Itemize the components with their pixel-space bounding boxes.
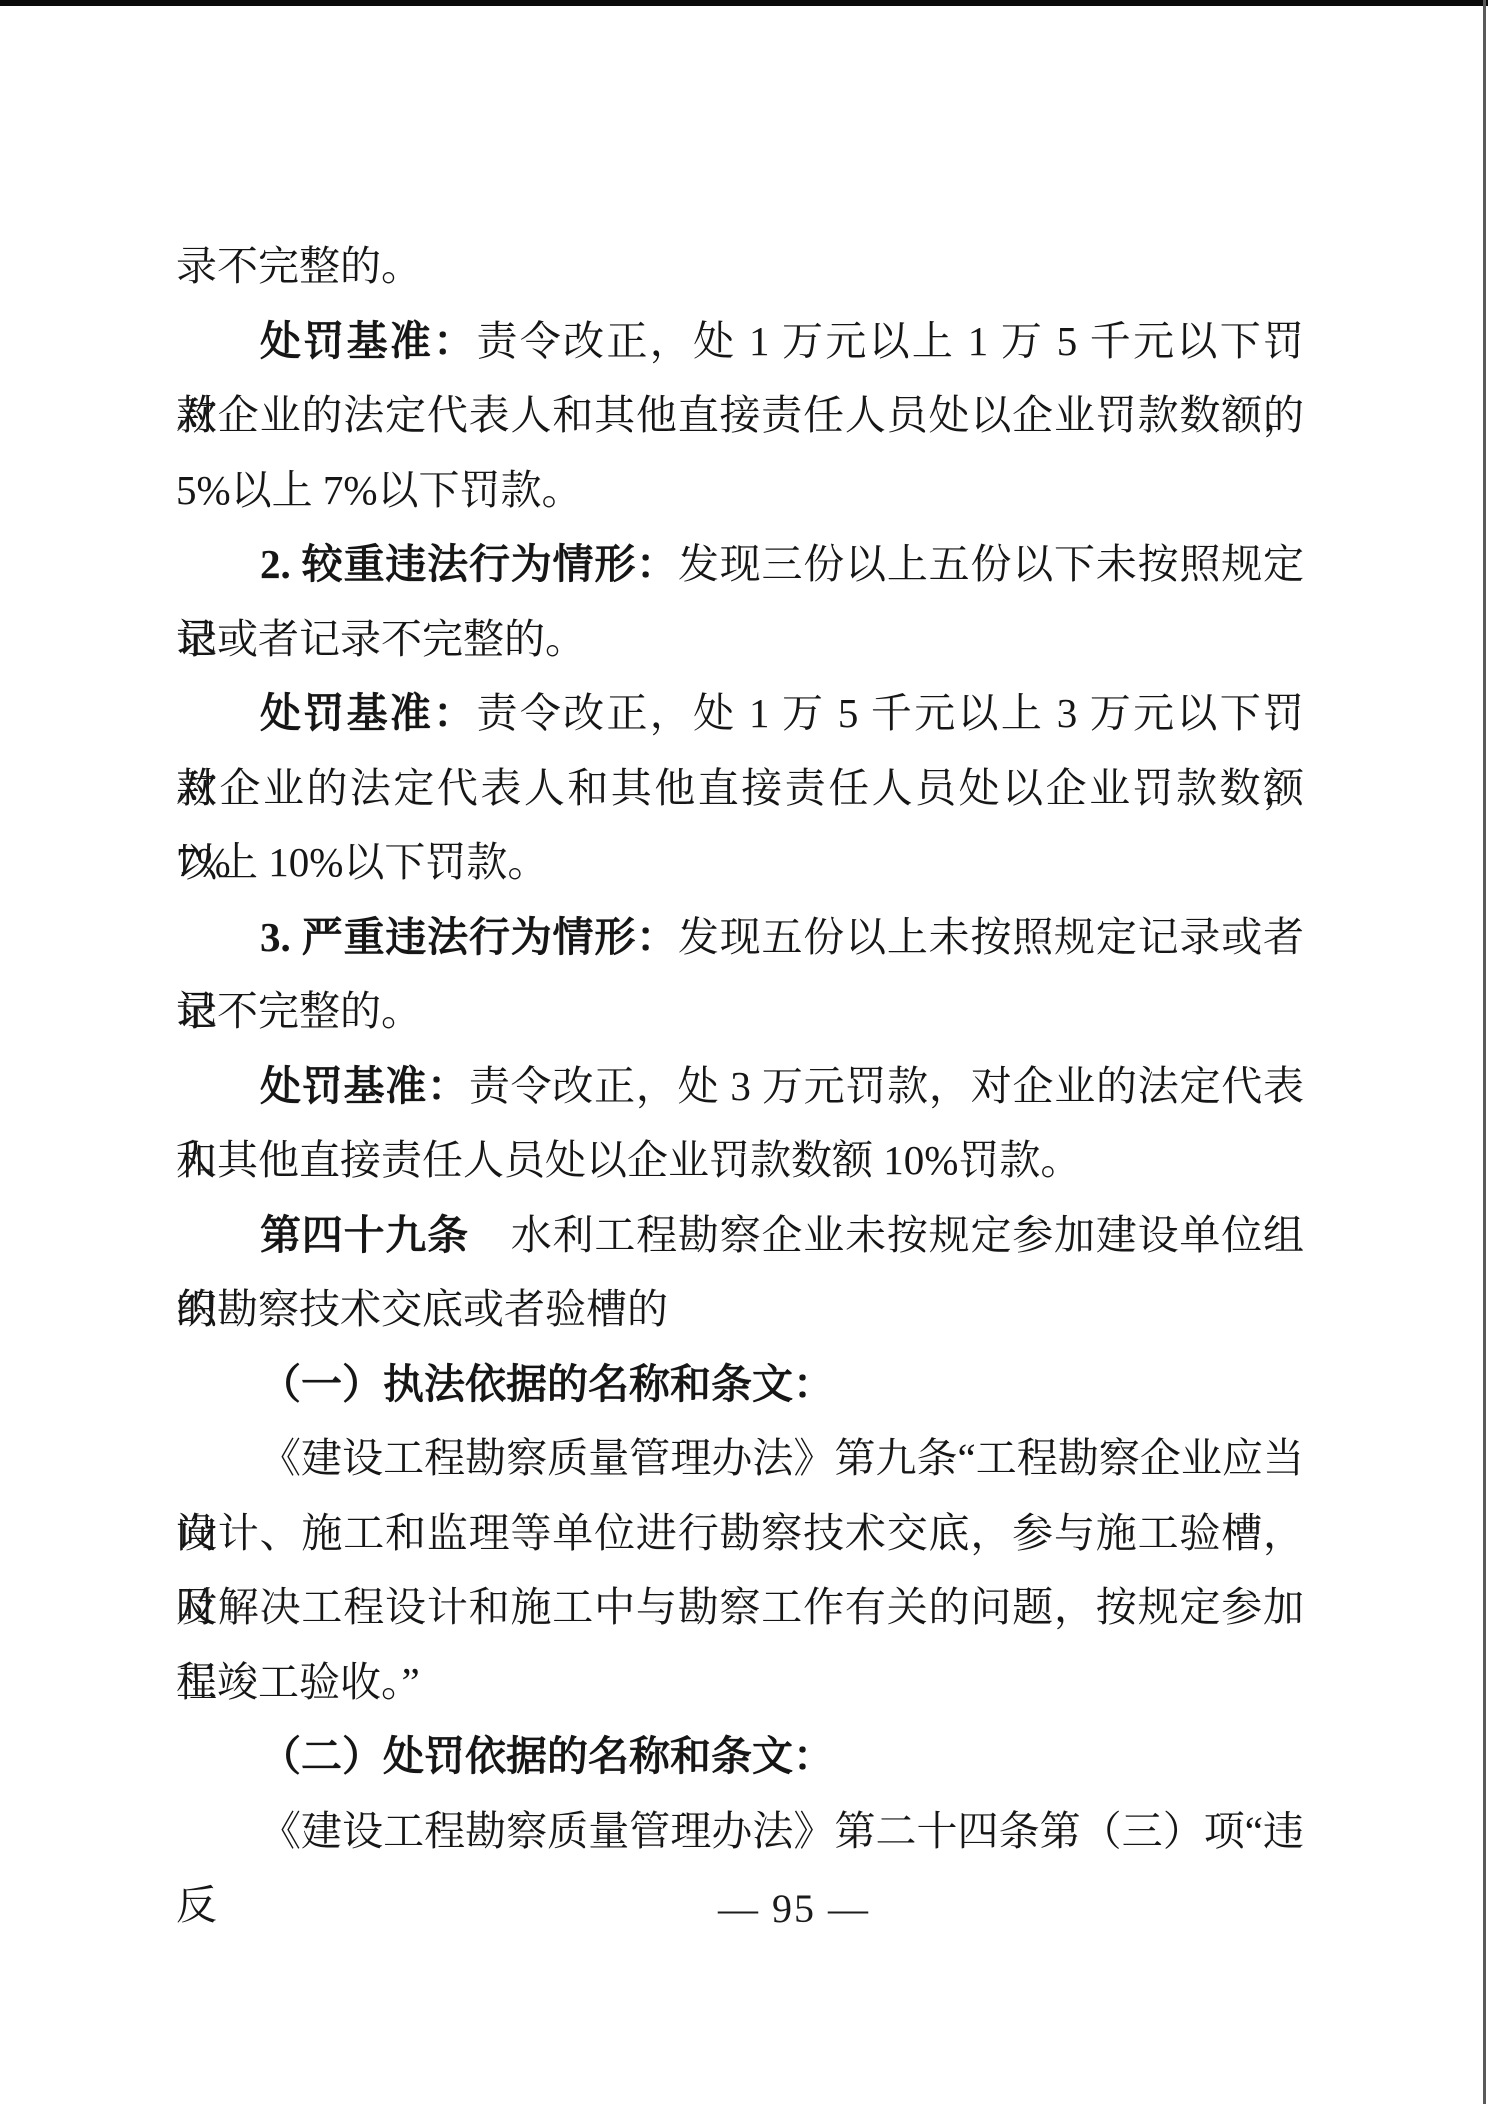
emphasis-text: 处罚基准：	[260, 690, 477, 736]
text-line: 处罚基准：责令改正，处 1 万 5 千元以上 3 万元以下罚款，	[176, 676, 1304, 751]
text-line: （二）处罚依据的名称和条文：	[176, 1719, 1304, 1794]
text-line: 时解决工程设计和施工中与勘察工作有关的问题，按规定参加工	[176, 1570, 1304, 1645]
body-text: 录不完整的。	[176, 243, 422, 289]
text-line: 5%以上 7%以下罚款。	[176, 453, 1304, 528]
body-text: 以上 10%以下罚款。	[176, 839, 548, 885]
emphasis-text: 3. 严重违法行为情形：	[260, 914, 678, 960]
text-line: 设计、施工和监理等单位进行勘察技术交底，参与施工验槽，及	[176, 1496, 1304, 1571]
text-line: 对企业的法定代表人和其他直接责任人员处以企业罚款数额 7%	[176, 751, 1304, 826]
text-line: 程竣工验收。”	[176, 1645, 1304, 1720]
text-line: 《建设工程勘察质量管理办法》第九条“工程勘察企业应当向	[176, 1421, 1304, 1496]
document-page: 录不完整的。处罚基准：责令改正，处 1 万元以上 1 万 5 千元以下罚款，对企…	[0, 0, 1488, 2104]
emphasis-text: （二）处罚依据的名称和条文：	[260, 1733, 834, 1779]
body-text: 程竣工验收。”	[176, 1659, 420, 1705]
text-line: 录不完整的。	[176, 229, 1304, 304]
emphasis-text: 处罚基准：	[260, 318, 477, 364]
text-line: 3. 严重违法行为情形：发现五份以上未按照规定记录或者记	[176, 900, 1304, 975]
emphasis-text: 第四十九条	[260, 1212, 469, 1258]
body-text: 的勘察技术交底或者验槽的	[176, 1286, 668, 1332]
emphasis-text: 2. 较重违法行为情形：	[260, 541, 678, 587]
body-text: 对企业的法定代表人和其他直接责任人员处以企业罚款数额的	[176, 392, 1304, 438]
body-text: 录或者记录不完整的。	[176, 616, 586, 662]
page-number: — 95 —	[718, 1884, 870, 1934]
body-text: 5%以上 7%以下罚款。	[176, 467, 583, 513]
text-line: 录不完整的。	[176, 974, 1304, 1049]
text-line: 《建设工程勘察质量管理办法》第二十四条第（三）项“违反	[176, 1794, 1304, 1869]
text-line: 处罚基准：责令改正，处 1 万元以上 1 万 5 千元以下罚款，	[176, 304, 1304, 379]
emphasis-text: 处罚基准：	[260, 1063, 469, 1109]
text-line: 处罚基准：责令改正，处 3 万元罚款，对企业的法定代表人	[176, 1049, 1304, 1124]
text-line: 的勘察技术交底或者验槽的	[176, 1272, 1304, 1347]
scan-edge-top-bar	[0, 0, 1488, 6]
text-line: （一）执法依据的名称和条文：	[176, 1347, 1304, 1422]
text-line: 和其他直接责任人员处以企业罚款数额 10%罚款。	[176, 1123, 1304, 1198]
body-text: 和其他直接责任人员处以企业罚款数额 10%罚款。	[176, 1137, 1081, 1183]
document-body: 录不完整的。处罚基准：责令改正，处 1 万元以上 1 万 5 千元以下罚款，对企…	[176, 229, 1304, 1868]
emphasis-text: （一）执法依据的名称和条文：	[260, 1361, 834, 1407]
text-line: 录或者记录不完整的。	[176, 602, 1304, 677]
body-text: 录不完整的。	[176, 988, 422, 1034]
text-line: 2. 较重违法行为情形：发现三份以上五份以下未按照规定记	[176, 527, 1304, 602]
scan-edge-right-line	[1483, 0, 1486, 2104]
text-line: 对企业的法定代表人和其他直接责任人员处以企业罚款数额的	[176, 378, 1304, 453]
text-line: 第四十九条 水利工程勘察企业未按规定参加建设单位组织	[176, 1198, 1304, 1273]
text-line: 以上 10%以下罚款。	[176, 825, 1304, 900]
